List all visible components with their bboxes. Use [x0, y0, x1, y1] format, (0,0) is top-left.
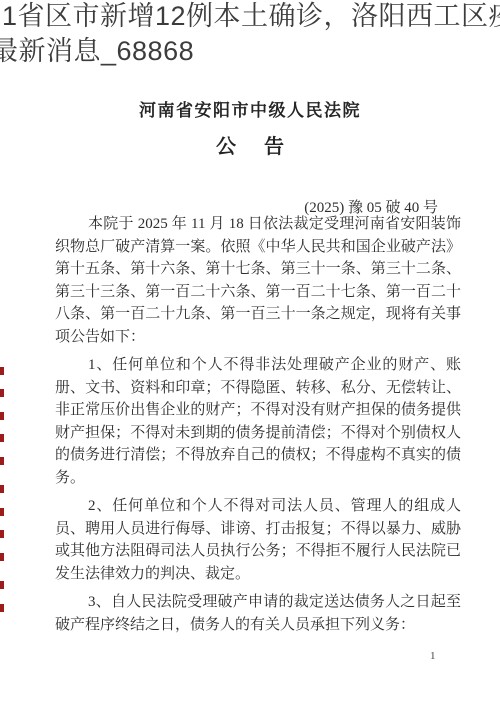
page-number: 1: [430, 650, 436, 662]
red-edge-mark: [0, 604, 4, 612]
red-edge-mark: [0, 530, 4, 538]
court-announcement-document: 河南省安阳市中级人民法院 公告 (2025) 豫 05 破 40 号 本院于 2…: [0, 0, 500, 707]
red-edge-mark: [0, 508, 4, 516]
red-edge-mark: [0, 367, 4, 375]
paragraph-intro: 本院于 2025 年 11 月 18 日依法裁定受理河南省安阳装饰织物总厂破产清…: [55, 213, 461, 348]
red-edge-mark: [0, 412, 4, 420]
red-edge-mark: [0, 553, 4, 561]
paragraph-item-2: 2、任何单位和个人不得对司法人员、管理人的组成人员、聘用人员进行侮辱、诽谤、打击…: [55, 495, 461, 585]
notice-title: 公告: [0, 130, 500, 159]
page: 1省区市新增12例本土确诊，洛阳西工区疫情 最新消息_68868 河南省安阳市中…: [0, 0, 500, 707]
court-name: 河南省安阳市中级人民法院: [0, 96, 500, 121]
red-edge-mark: [0, 389, 4, 397]
document-body: 本院于 2025 年 11 月 18 日依法裁定受理河南省安阳装饰织物总厂破产清…: [55, 213, 461, 636]
paragraph-item-1: 1、任何单位和个人不得非法处理破产企业的财产、账册、文书、资料和印章；不得隐匿、…: [55, 354, 461, 489]
paragraph-item-3: 3、自人民法院受理破产申请的裁定送达债务人之日起至破产程序终结之日，债务人的有关…: [55, 591, 461, 636]
red-edge-mark: [0, 434, 4, 442]
red-edge-mark: [0, 457, 4, 465]
red-edge-mark: [0, 581, 4, 589]
red-edge-mark: [0, 485, 4, 493]
